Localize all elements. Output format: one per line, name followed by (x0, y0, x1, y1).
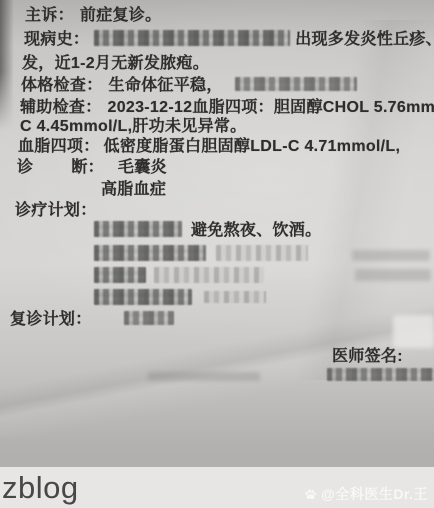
treatment-plan-line3 (94, 265, 264, 284)
lipid-panel-value: 低密度脂蛋白胆固醇LDL-C 4.71mmol/L, (104, 133, 401, 156)
chief-complaint-line: 主诉： 前症复诊。 (25, 4, 161, 23)
redacted-text-block (94, 221, 182, 237)
paw-icon (304, 488, 317, 501)
doctor-signature-label: 医师签名: (332, 345, 403, 364)
present-illness-label: 现病史： (24, 26, 89, 49)
medical-record-photo: 主诉： 前症复诊。 现病史： 出现多发炎性丘疹、 发，近1-2月无新发脓疱。 体… (0, 0, 434, 508)
redacted-light-patch (393, 315, 434, 348)
ink-bleed-mark (355, 269, 431, 281)
treatment-plan-line2 (94, 243, 308, 262)
present-illness-text: 出现多发炎性丘疹、 (295, 26, 434, 49)
redacted-text-block (94, 289, 192, 305)
follow-up-line: 复诊计划： (10, 308, 174, 327)
paper-edge-shadow (0, 0, 14, 130)
redacted-text-block (204, 291, 266, 303)
treatment-plan-line1: 避免熬夜、饮酒。 (94, 219, 321, 238)
treatment-advice: 避免熬夜、饮酒。 (191, 217, 321, 240)
treatment-plan-label: 诊疗计划： (15, 199, 97, 218)
diagnosis-item-1: 毛囊炎 (118, 154, 167, 177)
diagnosis-item-2: 高脂血症 (101, 178, 166, 197)
diagnosis-line: 诊 断： 毛囊炎 (17, 156, 167, 175)
physical-exam-label: 体格检查： (21, 72, 103, 95)
present-illness-line: 现病史： 出现多发炎性丘疹、 (24, 28, 434, 47)
follow-up-label: 复诊计划： (10, 306, 92, 329)
present-illness-line2: 发，近1-2月无新发脓疱。 (22, 52, 209, 71)
chief-complaint-label: 主诉： (25, 2, 74, 25)
redacted-text-block (216, 245, 308, 261)
lipid-panel-line: 血脂四项： 低密度脂蛋白胆固醇LDL-C 4.71mmol/L, (18, 135, 400, 154)
physical-exam-value: 生命体征平稳， (109, 72, 223, 95)
redacted-text-block (94, 30, 290, 46)
ink-bleed-mark (148, 372, 260, 381)
auxiliary-exam-line2: C 4.45mmol/L,肝功未见异常。 (20, 115, 246, 134)
zblog-logo: zblog (2, 470, 79, 506)
redacted-text-block (94, 245, 206, 261)
redacted-text-block (327, 368, 434, 381)
redacted-text-block (235, 77, 357, 91)
watermark-text: @全科医生Dr.王 (321, 484, 428, 504)
doctor-signature-redacted (327, 365, 434, 384)
redacted-text-block (154, 267, 264, 283)
physical-exam-line: 体格检查： 生命体征平稳， (21, 74, 357, 93)
redacted-text-block (124, 311, 174, 325)
author-watermark: @全科医生Dr.王 (304, 484, 428, 504)
chief-complaint-value: 前症复诊。 (80, 2, 162, 25)
redacted-text-block (94, 267, 146, 283)
treatment-plan-line4 (94, 287, 266, 306)
lipid-panel-label: 血脂四项： (18, 133, 100, 156)
ink-bleed-mark (352, 250, 430, 261)
